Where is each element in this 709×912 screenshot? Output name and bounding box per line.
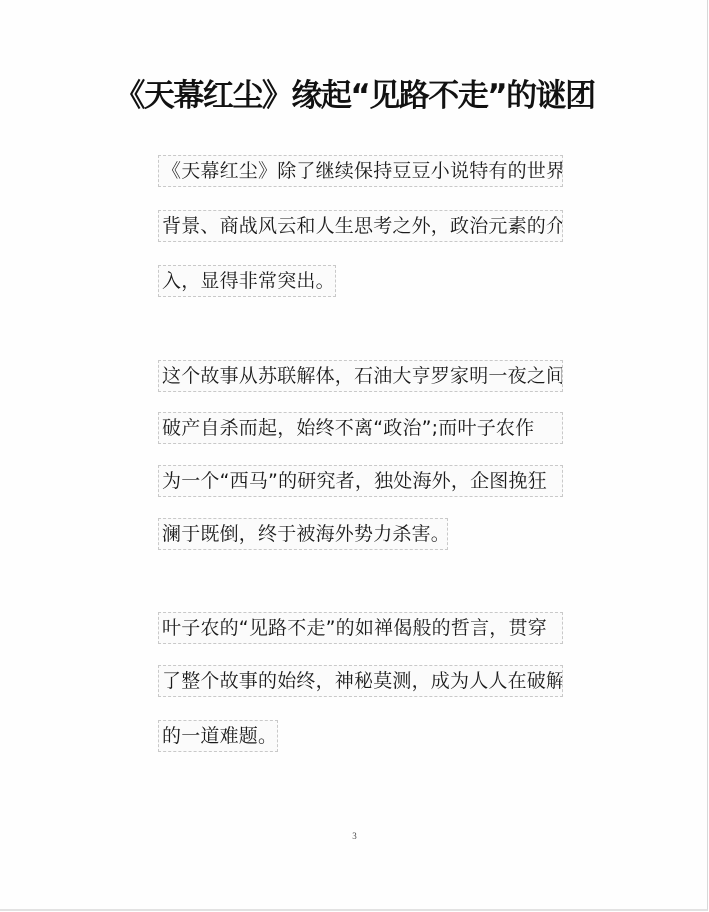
text-line: 背景、商战风云和人生思考之外，政治元素的介 [158, 210, 563, 242]
text-line: 破产自杀而起，始终不离“政治”;而叶子农作 [158, 412, 563, 444]
text-line: 《天幕红尘》除了继续保持豆豆小说特有的世界 [158, 155, 563, 187]
text-line: 入，显得非常突出。 [158, 265, 336, 297]
text-line: 为一个“西马”的研究者，独处海外，企图挽狂 [158, 465, 563, 497]
document-page: 《天幕红尘》缘起“见路不走”的谜团 《天幕红尘》除了继续保持豆豆小说特有的世界 … [0, 0, 708, 911]
document-title: 《天幕红尘》缘起“见路不走”的谜团 [0, 76, 709, 116]
text-line: 了整个故事的始终，神秘莫测，成为人人在破解 [158, 665, 563, 697]
page-number: 3 [0, 831, 709, 841]
text-line: 澜于既倒，终于被海外势力杀害。 [158, 518, 448, 550]
text-line: 叶子农的“见路不走”的如禅偈般的哲言，贯穿 [158, 612, 563, 644]
text-line: 的一道难题。 [158, 720, 278, 752]
text-line: 这个故事从苏联解体，石油大亨罗家明一夜之间 [158, 360, 563, 392]
